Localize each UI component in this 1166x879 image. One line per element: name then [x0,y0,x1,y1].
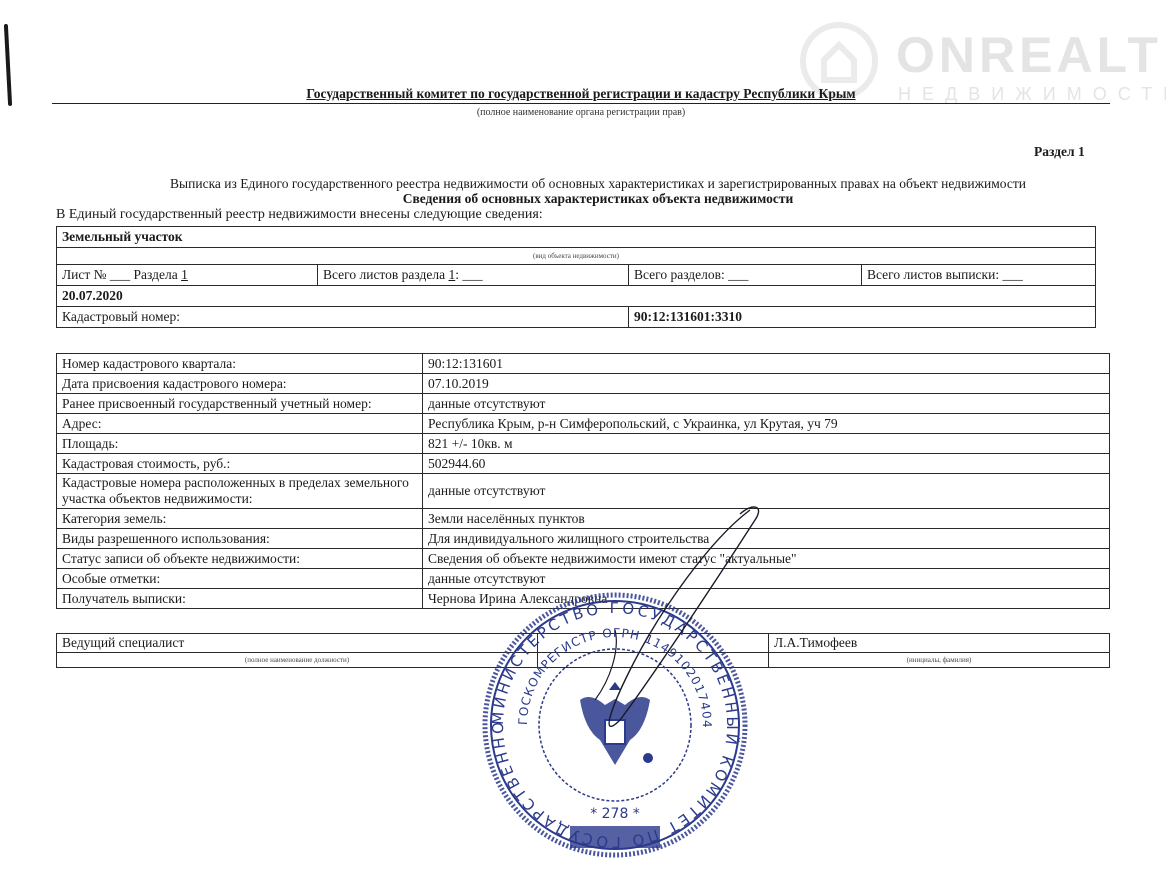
margin-mark [4,24,12,106]
row-label: Особые отметки: [57,569,423,589]
object-type-caption: (вид объекта недвижимости) [57,248,1096,265]
row-label: Получатель выписки: [57,589,423,609]
watermark-brand: ONREALT [896,26,1162,84]
row-label: Кадастровые номера расположенных в преде… [57,474,423,509]
total-sections: Всего разделов: ___ [629,265,862,286]
stamp-blot [570,826,660,848]
stamp-number: * 278 * [590,806,640,822]
row-value: данные отсутствуют [423,394,1110,414]
position-caption: (полное наименование должности) [57,653,538,668]
signer-name: Л.А.Тимофеев [769,634,1110,653]
document-subtitle: Сведения об основных характеристиках объ… [52,191,1144,207]
row-label: Статус записи об объекте недвижимости: [57,549,423,569]
total-sheets-section: Всего листов раздела 1: ___ [318,265,629,286]
row-label: Ранее присвоенный государственный учетны… [57,394,423,414]
row-value: 502944.60 [423,454,1110,474]
table-row: Номер кадастрового квартала:90:12:131601 [57,354,1110,374]
cadastral-number-value: 90:12:131601:3310 [629,307,1096,328]
row-value: 90:12:131601 [423,354,1110,374]
extract-date: 20.07.2020 [57,286,1096,307]
table-row: Дата присвоения кадастрового номера:07.1… [57,374,1110,394]
row-label: Номер кадастрового квартала: [57,354,423,374]
section-label: Раздел 1 [1034,144,1085,160]
intro-text: В Единый государственный реестр недвижим… [56,207,543,223]
row-value: 07.10.2019 [423,374,1110,394]
total-extract-sheets: Всего листов выписки: ___ [862,265,1096,286]
organization-underline [52,103,1110,104]
sheet-number: Лист № ___ Раздела 1 [57,265,318,286]
row-label: Дата присвоения кадастрового номера: [57,374,423,394]
document-title: Выписка из Единого государственного реес… [52,176,1144,192]
table-row: Кадастровая стоимость, руб.:502944.60 [57,454,1110,474]
row-label: Площадь: [57,434,423,454]
organization-caption: (полное наименование органа регистрации … [52,107,1110,118]
row-value: 821 +/- 10кв. м [423,434,1110,454]
object-type: Земельный участок [57,227,1096,248]
organization-name: Государственный комитет по государственн… [52,86,1110,102]
table-row: Адрес:Республика Крым, р-н Симферопольск… [57,414,1110,434]
row-label: Категория земель: [57,509,423,529]
row-value: Республика Крым, р-н Симферопольский, с … [423,414,1110,434]
cadastral-number-label: Кадастровый номер: [57,307,629,328]
handwritten-signature [540,500,780,800]
table-row: Площадь:821 +/- 10кв. м [57,434,1110,454]
position-title: Ведущий специалист [57,634,538,653]
name-caption: (инициалы, фамилия) [769,653,1110,668]
table-row: Ранее присвоенный государственный учетны… [57,394,1110,414]
object-header-table: Земельный участок (вид объекта недвижимо… [56,226,1096,328]
row-label: Виды разрешенного использования: [57,529,423,549]
row-label: Адрес: [57,414,423,434]
row-label: Кадастровая стоимость, руб.: [57,454,423,474]
